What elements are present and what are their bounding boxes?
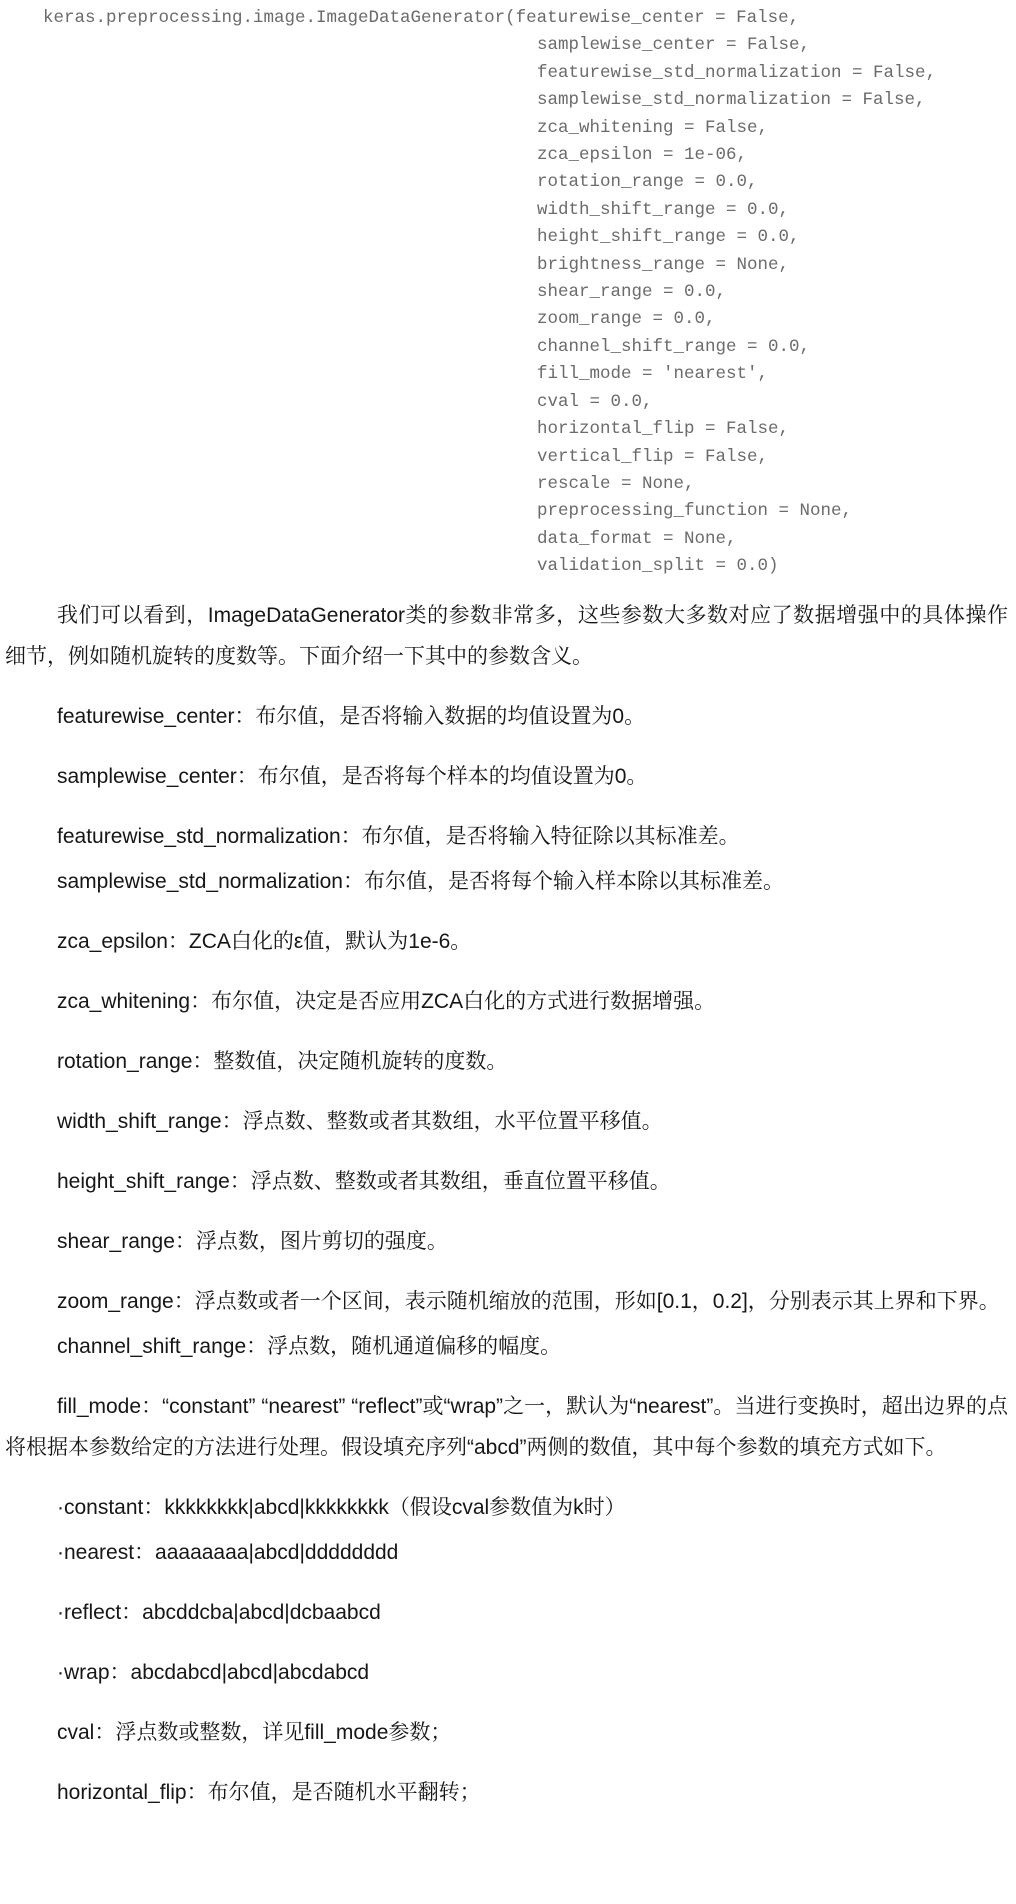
param-zca-whitening: zca_whitening：布尔值，决定是否应用ZCA白化的方式进行数据增强。 <box>5 981 1008 1022</box>
fill-mode-option-reflect: ·reflect：abcddcba|abcd|dcbaabcd <box>5 1592 1008 1633</box>
code-line: samplewise_std_normalization = False, <box>0 87 1016 114</box>
code-line: width_shift_range = 0.0, <box>0 197 1016 224</box>
code-line: validation_split = 0.0) <box>0 553 1016 580</box>
code-line: horizontal_flip = False, <box>0 416 1016 443</box>
intro-paragraph: 我们可以看到，ImageDataGenerator类的参数非常多，这些参数大多数… <box>5 595 1008 677</box>
param-fill-mode: fill_mode：“constant” “nearest” “reflect”… <box>5 1386 1008 1468</box>
param-zca-epsilon: zca_epsilon：ZCA白化的ε值，默认为1e-6。 <box>5 921 1008 962</box>
code-line: data_format = None, <box>0 526 1016 553</box>
code-line: zca_epsilon = 1e-06, <box>0 142 1016 169</box>
code-line: fill_mode = 'nearest', <box>0 361 1016 388</box>
code-line: samplewise_center = False, <box>0 32 1016 59</box>
param-shear-range: shear_range：浮点数，图片剪切的强度。 <box>5 1221 1008 1262</box>
param-samplewise-std-normalization: samplewise_std_normalization：布尔值，是否将每个输入… <box>5 861 1008 902</box>
param-rotation-range: rotation_range：整数值，决定随机旋转的度数。 <box>5 1041 1008 1082</box>
param-featurewise-center: featurewise_center：布尔值，是否将输入数据的均值设置为0。 <box>5 696 1008 737</box>
param-height-shift-range: height_shift_range：浮点数、整数或者其数组，垂直位置平移值。 <box>5 1161 1008 1202</box>
body-text: 我们可以看到，ImageDataGenerator类的参数非常多，这些参数大多数… <box>0 595 1016 1813</box>
fill-mode-option-nearest: ·nearest：aaaaaaaa|abcd|dddddddd <box>5 1532 1008 1573</box>
code-line: rescale = None, <box>0 471 1016 498</box>
code-line: rotation_range = 0.0, <box>0 169 1016 196</box>
param-cval: cval：浮点数或整数，详见fill_mode参数； <box>5 1712 1008 1753</box>
param-featurewise-std-normalization: featurewise_std_normalization：布尔值，是否将输入特… <box>5 816 1008 857</box>
code-line: cval = 0.0, <box>0 389 1016 416</box>
code-block: keras.preprocessing.image.ImageDataGener… <box>0 0 1016 581</box>
param-channel-shift-range: channel_shift_range：浮点数，随机通道偏移的幅度。 <box>5 1326 1008 1367</box>
code-line: vertical_flip = False, <box>0 444 1016 471</box>
code-line: channel_shift_range = 0.0, <box>0 334 1016 361</box>
code-line: zca_whitening = False, <box>0 115 1016 142</box>
param-width-shift-range: width_shift_range：浮点数、整数或者其数组，水平位置平移值。 <box>5 1101 1008 1142</box>
code-line: brightness_range = None, <box>0 252 1016 279</box>
document-page: keras.preprocessing.image.ImageDataGener… <box>0 0 1016 1904</box>
code-line: height_shift_range = 0.0, <box>0 224 1016 251</box>
param-samplewise-center: samplewise_center：布尔值，是否将每个样本的均值设置为0。 <box>5 756 1008 797</box>
code-line: preprocessing_function = None, <box>0 498 1016 525</box>
fill-mode-option-constant: ·constant：kkkkkkkk|abcd|kkkkkkkk（假设cval参… <box>5 1487 1008 1528</box>
code-line-signature: keras.preprocessing.image.ImageDataGener… <box>0 5 1016 32</box>
code-line: shear_range = 0.0, <box>0 279 1016 306</box>
param-zoom-range: zoom_range：浮点数或者一个区间，表示随机缩放的范围，形如[0.1，0.… <box>5 1281 1008 1322</box>
fill-mode-option-wrap: ·wrap：abcdabcd|abcd|abcdabcd <box>5 1652 1008 1693</box>
code-line: zoom_range = 0.0, <box>0 306 1016 333</box>
param-horizontal-flip: horizontal_flip：布尔值，是否随机水平翻转； <box>5 1772 1008 1813</box>
code-line: featurewise_std_normalization = False, <box>0 60 1016 87</box>
